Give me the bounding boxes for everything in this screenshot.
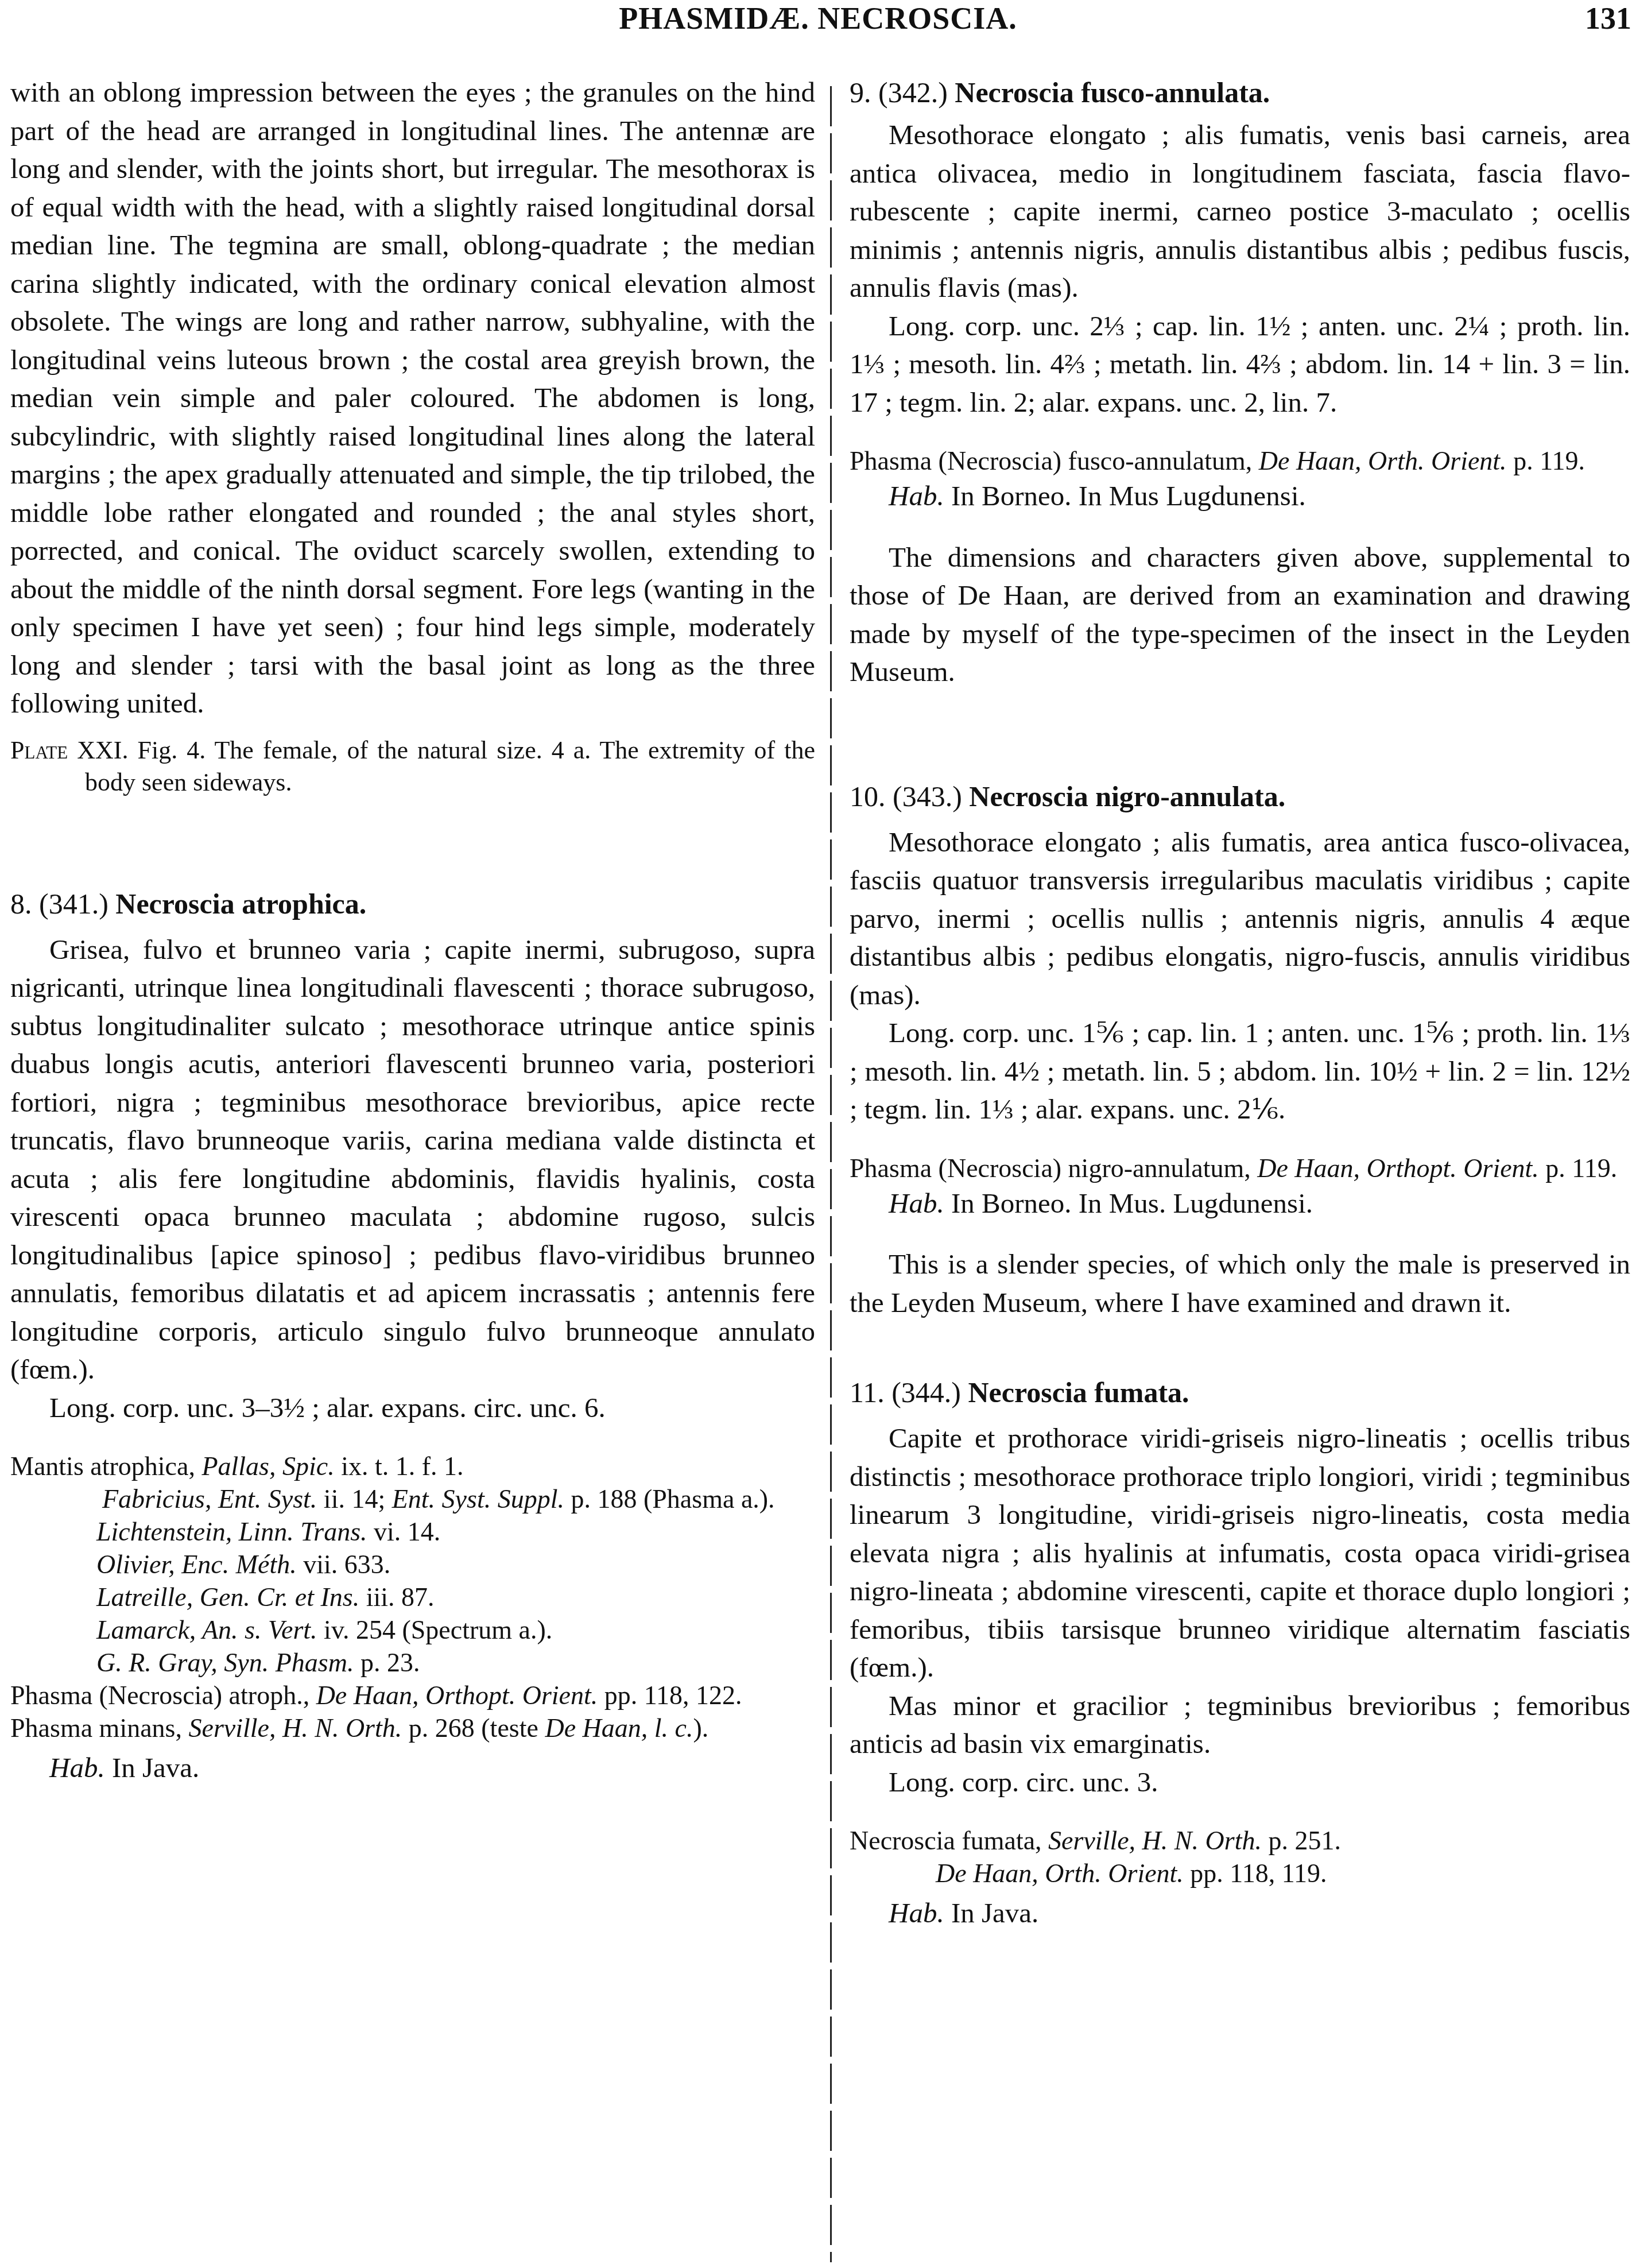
species-name: Necroscia atrophica.: [115, 888, 366, 920]
habitat-text: In Java.: [112, 1752, 199, 1783]
synonymy-list: Mantis atrophica, Pallas, Spic. ix. t. 1…: [10, 1450, 815, 1744]
synonymy-entry: Phasma (Necroscia) atroph., De Haan, Ort…: [10, 1679, 815, 1712]
habitat-text: In Borneo. In Mus Lugdunensi.: [951, 480, 1306, 512]
citation-work: De Haan, l. c.: [545, 1713, 693, 1743]
synonym-name: Phasma minans,: [10, 1713, 188, 1743]
citation-ref: p. 251.: [1262, 1826, 1341, 1855]
species-remark: This is a slender species, of which only…: [850, 1245, 1630, 1322]
column-divider: [830, 86, 832, 2262]
citation-author: De Haan, Orth. Orient.: [936, 1859, 1184, 1888]
species-description: Mesothorace elongato ; alis fumatis, are…: [850, 823, 1630, 1015]
citation-ref: iv. 254 (Spectrum a.).: [317, 1615, 553, 1644]
species-number: 8. (341.): [10, 888, 108, 920]
plate-note: Plate XXI. Fig. 4. The female, of the na…: [10, 734, 815, 799]
habitat-text: In Java.: [951, 1897, 1038, 1929]
species-name: Necroscia fusco-annulata.: [955, 76, 1270, 109]
synonymy-entry: Mantis atrophica, Pallas, Spic. ix. t. 1…: [10, 1450, 815, 1483]
citation-ref: p. 119.: [1507, 446, 1585, 475]
synonymy-entry: De Haan, Orth. Orient. pp. 118, 119.: [850, 1857, 1630, 1890]
citation-author: Serville, H. N. Orth.: [1048, 1826, 1262, 1855]
citation-author: De Haan, Orth. Orient.: [1259, 446, 1507, 475]
habitat-label: Hab.: [49, 1752, 105, 1783]
citation-ref: pp. 118, 122.: [598, 1681, 742, 1710]
synonymy-entry: G. R. Gray, Syn. Phasm. p. 23.: [10, 1646, 815, 1679]
citation-ref: vii. 633.: [297, 1550, 391, 1579]
synonymy-entry: Olivier, Enc. Méth. vii. 633.: [10, 1548, 815, 1581]
synonym-name: Necroscia fumata,: [850, 1826, 1048, 1855]
left-column: with an oblong impression between the ey…: [10, 73, 815, 1787]
species-measurements: Long. corp. unc. 3–3½ ; alar. expans. ci…: [10, 1389, 815, 1427]
citation-ref: ix. t. 1. f. 1.: [335, 1452, 464, 1481]
citation-work: Ent. Syst. Suppl.: [392, 1484, 564, 1514]
habitat-text: In Borneo. In Mus. Lugdunensi.: [951, 1187, 1313, 1219]
continuation-paragraph: with an oblong impression between the ey…: [10, 73, 815, 723]
species-name: Necroscia nigro-annulata.: [969, 780, 1285, 812]
citation-ref: iii. 87.: [359, 1582, 434, 1612]
synonym-name: Phasma (Necroscia) fusco-annulatum,: [850, 446, 1259, 475]
synonymy-entry: Phasma (Necroscia) nigro-annulatum, De H…: [850, 1152, 1630, 1185]
species-measurements: Long. corp. unc. 1⅚ ; cap. lin. 1 ; ante…: [850, 1014, 1630, 1129]
species-description: Grisea, fulvo et brunneo varia ; capite …: [10, 931, 815, 1389]
synonymy-entry: Phasma minans, Serville, H. N. Orth. p. …: [10, 1712, 815, 1744]
habitat-label: Hab.: [889, 480, 944, 512]
species-measurements: Long. corp. unc. 2⅓ ; cap. lin. 1½ ; ant…: [850, 307, 1630, 422]
species-name: Necroscia fumata.: [968, 1376, 1189, 1408]
plate-text: Fig. 4. The female, of the natural size.…: [85, 736, 815, 796]
species-heading: 10. (343.) Necroscia nigro-annulata.: [850, 777, 1630, 815]
synonymy-entry: Lichtenstein, Linn. Trans. vi. 14.: [10, 1515, 815, 1548]
synonymy-entry: Lamarck, An. s. Vert. iv. 254 (Spectrum …: [10, 1613, 815, 1646]
synonym-name: Phasma (Necroscia) nigro-annulatum,: [850, 1154, 1257, 1183]
citation-author: Lichtenstein, Linn. Trans.: [96, 1517, 367, 1546]
species-measurements: Long. corp. circ. unc. 3.: [850, 1763, 1630, 1802]
species-number: 9. (342.): [850, 76, 948, 109]
species-heading: 11. (344.) Necroscia fumata.: [850, 1373, 1630, 1411]
species-remark: The dimensions and characters given abov…: [850, 539, 1630, 691]
page-number: 131: [1585, 1, 1631, 36]
right-column: 9. (342.) Necroscia fusco-annulata. Meso…: [850, 73, 1630, 1933]
citation-author: De Haan, Orthopt. Orient.: [316, 1681, 598, 1710]
citation-author: De Haan, Orthopt. Orient.: [1257, 1154, 1539, 1183]
plate-label: Plate XXI.: [10, 736, 128, 764]
species-description: Capite et prothorace viridi-griseis nigr…: [850, 1419, 1630, 1687]
citation-ref: vi. 14.: [367, 1517, 441, 1546]
habitat-label: Hab.: [889, 1897, 944, 1929]
running-head: PHASMIDÆ. NECROSCIA. 131: [0, 0, 1636, 40]
species-description: Mesothorace elongato ; alis fumatis, ven…: [850, 116, 1630, 307]
citation-author: Latreille, Gen. Cr. et Ins.: [96, 1582, 359, 1612]
species-heading: 9. (342.) Necroscia fusco-annulata.: [850, 73, 1630, 111]
citation-author: Fabricius, Ent. Syst.: [102, 1484, 317, 1514]
species-number: 10. (343.): [850, 780, 962, 812]
species-heading: 8. (341.) Necroscia atrophica.: [10, 885, 815, 923]
citation-ref: pp. 118, 119.: [1184, 1859, 1327, 1888]
habitat-label: Hab.: [889, 1187, 944, 1219]
running-title: PHASMIDÆ. NECROSCIA.: [0, 1, 1636, 36]
citation-ref: p. 119.: [1539, 1154, 1617, 1183]
citation-author: Pallas, Spic.: [201, 1452, 334, 1481]
citation-ref: p. 268 (teste: [402, 1713, 545, 1743]
male-note: Mas minor et gracilior ; tegminibus brev…: [850, 1687, 1630, 1763]
habitat: Hab. In Borneo. In Mus Lugdunensi.: [850, 477, 1630, 516]
citation-ref: ii. 14;: [317, 1484, 391, 1514]
synonym-name: Mantis atrophica,: [10, 1452, 201, 1481]
citation-ref: p. 23.: [354, 1648, 420, 1677]
synonymy-entry: Phasma (Necroscia) fusco-annulatum, De H…: [850, 444, 1630, 477]
synonymy-entry: Necroscia fumata, Serville, H. N. Orth. …: [850, 1824, 1630, 1857]
citation-author: Serville, H. N. Orth.: [188, 1713, 402, 1743]
citation-ref: p. 188 (Phasma a.).: [564, 1484, 775, 1514]
habitat: Hab. In Borneo. In Mus. Lugdunensi.: [850, 1185, 1630, 1223]
citation-author: G. R. Gray, Syn. Phasm.: [96, 1648, 354, 1677]
citation-ref: ).: [693, 1713, 708, 1743]
species-number: 11. (344.): [850, 1376, 961, 1408]
citation-author: Olivier, Enc. Méth.: [96, 1550, 297, 1579]
synonym-name: Phasma (Necroscia) atroph.,: [10, 1681, 316, 1710]
habitat: Hab. In Java.: [850, 1894, 1630, 1933]
citation-author: Lamarck, An. s. Vert.: [96, 1615, 317, 1644]
habitat: Hab. In Java.: [10, 1749, 815, 1787]
synonymy-entry: Fabricius, Ent. Syst. ii. 14; Ent. Syst.…: [10, 1483, 815, 1515]
synonymy-entry: Latreille, Gen. Cr. et Ins. iii. 87.: [10, 1581, 815, 1613]
